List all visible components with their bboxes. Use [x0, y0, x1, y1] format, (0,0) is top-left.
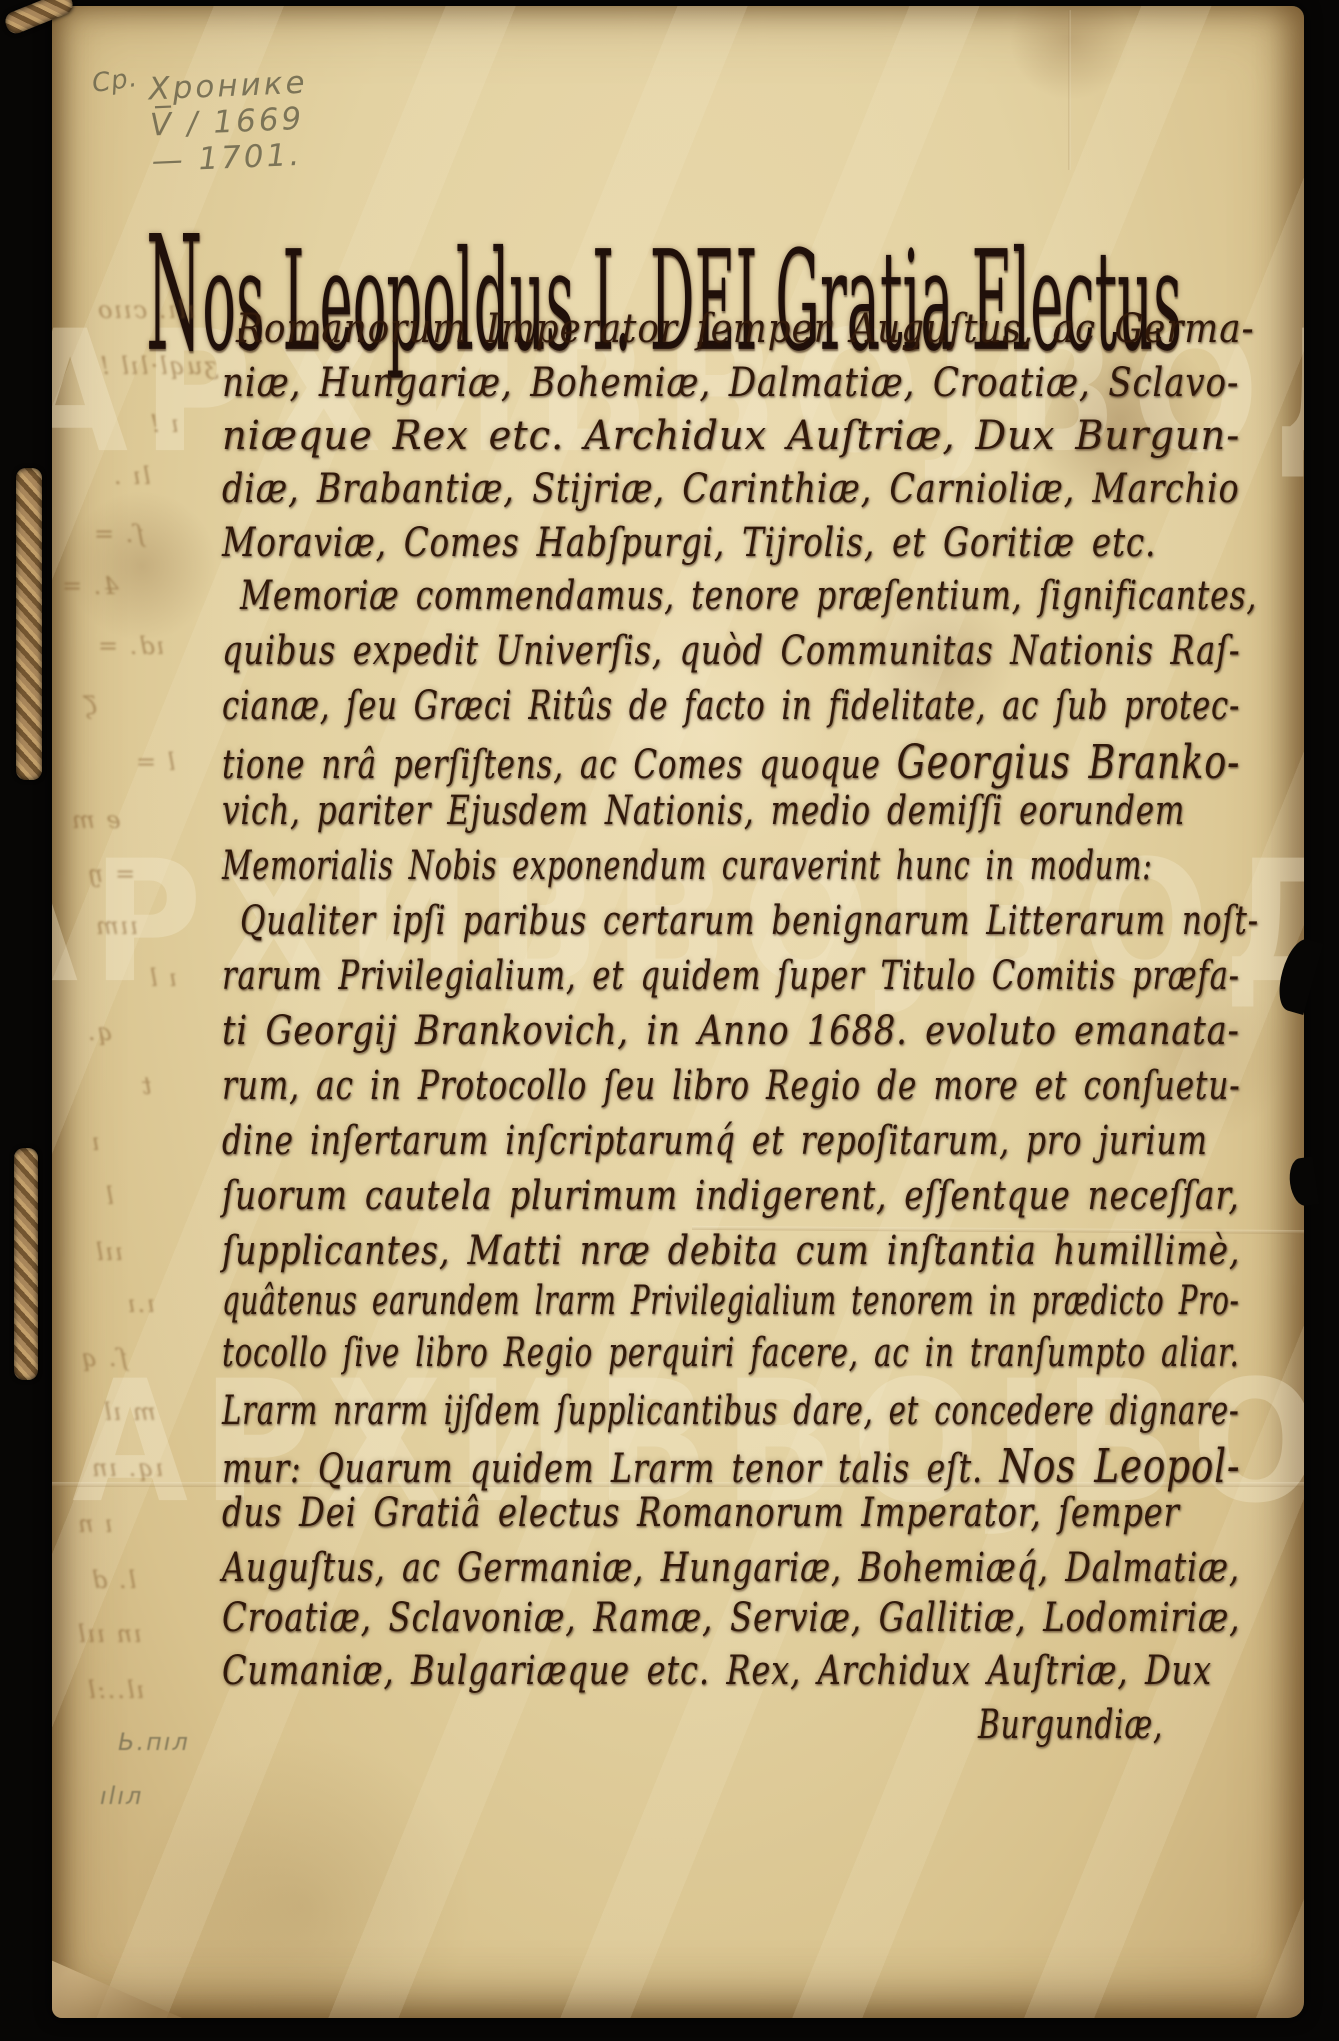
manuscript-line: tocollo ſive libro Regio perquiri facere… — [222, 1330, 1240, 1376]
bleedthrough-mark: ı n — [76, 1510, 113, 1538]
manuscript-line: Burgundiæ, — [978, 1702, 1163, 1748]
manuscript-line: niæ, Hungariæ, Bohemiæ, Dalmatiæ, Croati… — [222, 360, 1239, 406]
bleedthrough-mark: ſ. q — [80, 1344, 128, 1372]
bleedthrough-mark: ı l — [148, 964, 177, 992]
manuscript-line: rarum Privilegialium, et quidem ſuper Ti… — [222, 953, 1240, 999]
bleedthrough-mark: lı . — [112, 462, 151, 490]
bleedthrough-mark: ſ. = — [92, 520, 144, 548]
manuscript-line: Memoriæ commendamus, tenore præſentium, … — [240, 573, 1257, 619]
manuscript-line: ſuorum cautela plurimum indigerent, eſſe… — [222, 1173, 1240, 1219]
binding-cord — [14, 1148, 38, 1380]
bleedthrough-mark: l. d — [90, 1566, 136, 1594]
manuscript-line: ſupplicantes, Matti nræ debita cum inſta… — [222, 1228, 1240, 1274]
manuscript-line: Memorialis Nobis exponendum curaverint h… — [222, 843, 1153, 889]
manuscript-line: vich, pariter Ejusdem Nationis, medio de… — [222, 788, 1185, 834]
bleedthrough-mark: m ıl — [102, 1398, 156, 1426]
manuscript-line: dine inſertarum inſcriptarumq́ et repoſi… — [222, 1118, 1208, 1164]
pencil-mark: Ь.пıл — [118, 1728, 190, 1756]
bleedthrough-mark: ın ııl — [76, 1620, 142, 1648]
bleedthrough-mark: l — [104, 1182, 114, 1210]
bleedthrough-mark: ııl — [94, 1238, 123, 1266]
manuscript-line: Croatiæ, Sclavoniæ, Ramæ, Serviæ, Gallit… — [222, 1595, 1240, 1641]
manuscript-line: Auguſtus, ac Germaniæ, Hungariæ, Bohemiæ… — [222, 1545, 1240, 1591]
manuscript-line: Romanorum Imperator ſemper Auguſtus, ac … — [236, 306, 1255, 352]
bleedthrough-mark: ılı. cııo — [96, 296, 196, 324]
photo-backdrop: { "photo": { "background_color": "#07060… — [0, 0, 1339, 2041]
manuscript-line: tione nrâ perſiſtens, ac Comes quoque Ge… — [222, 736, 1240, 790]
bleedthrough-mark: t — [140, 1072, 152, 1100]
manuscript-line: ti Georgij Brankovich, in Anno 1688. evo… — [222, 1008, 1240, 1054]
bleedthrough-mark: ζ — [82, 692, 97, 720]
bleedthrough-mark: ʒuql·lıl ! — [98, 352, 218, 380]
paper-fold-line — [1068, 10, 1071, 170]
binding-cord — [16, 468, 42, 780]
bleedthrough-mark: ıd. = — [96, 632, 164, 660]
bleedthrough-mark: q. — [86, 1018, 113, 1046]
pencil-mark: ılıл — [100, 1782, 143, 1810]
manuscript-line: dus Dei Gratiâ electus Romanorum Imperat… — [222, 1490, 1180, 1536]
bleedthrough-mark: ı.ı — [126, 1290, 155, 1318]
manuscript-line: niæque Rex etc. Archidux Auſtriæ, Dux Bu… — [222, 413, 1240, 459]
bleedthrough-mark: ı ! — [148, 410, 179, 438]
manuscript-line: rum, ac in Protocollo ſeu libro Regio de… — [222, 1063, 1241, 1109]
manuscript-line: cianæ, ſeu Græci Ritûs de facto in fidel… — [222, 683, 1240, 729]
manuscript-line: quâtenus earundem lrarm Privilegialium t… — [222, 1278, 1240, 1324]
bleedthrough-mark: ı — [90, 1128, 100, 1156]
bleedthrough-mark: ıq. ın — [90, 1454, 163, 1482]
pencil-annotation-text: Хронике V̅ ∕ 1669 — 1701. — [148, 65, 312, 180]
bleedthrough-mark: = ŋ — [86, 860, 135, 888]
manuscript-line: Moraviæ, Comes Habſpurgi, Tijrolis, et G… — [222, 520, 1156, 566]
manuscript-line: Lrarm nrarm ijſdem ſupplicantibus dare, … — [222, 1388, 1239, 1434]
bleedthrough-mark: l = — [134, 748, 175, 776]
bleedthrough-mark: 4. = — [60, 572, 119, 600]
pencil-annotation-prefix: Ср. — [90, 63, 140, 99]
bleedthrough-mark: ıım — [94, 912, 138, 940]
bleedthrough-mark: ıl..:l — [86, 1676, 144, 1704]
manuscript-line: quibus expedit Univerſis, quòd Communita… — [222, 628, 1240, 674]
bleedthrough-mark: e m — [70, 806, 121, 834]
manuscript-line: Cumaniæ, Bulgariæque etc. Rex, Archidux … — [222, 1648, 1212, 1694]
manuscript-line: diæ, Brabantiæ, Stijriæ, Carinthiæ, Carn… — [222, 466, 1239, 512]
manuscript-line: mur: Quarum quidem Lrarm tenor talis eſt… — [222, 1440, 1240, 1494]
manuscript-line: Qualiter ipſi paribus certarum benignaru… — [240, 898, 1259, 944]
